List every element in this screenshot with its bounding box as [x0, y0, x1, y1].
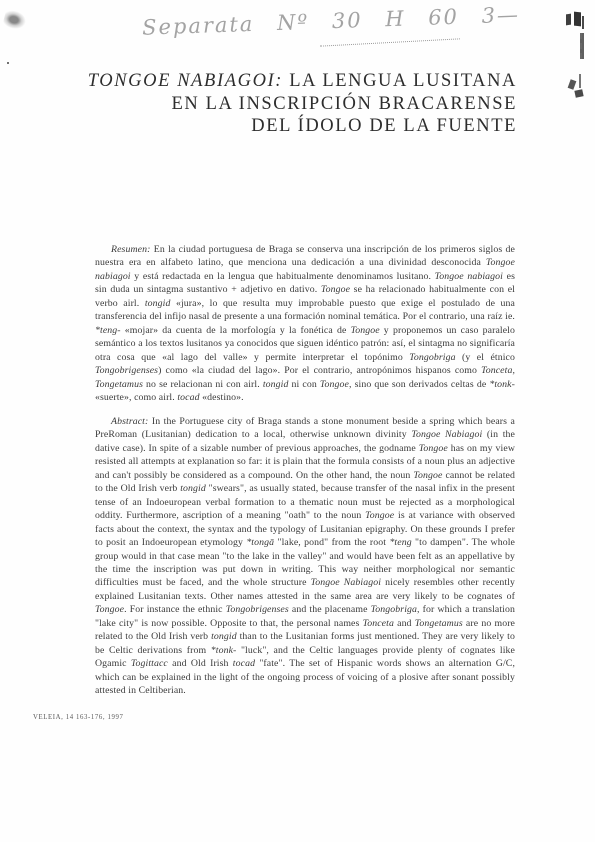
- scanned-paper-page: Separata Nº 30 H 60 3— TONGOE NABIAGOI: …: [0, 0, 595, 842]
- resumen-paragraph: Resumen: En la ciudad portuguesa de Brag…: [95, 243, 515, 404]
- edge-mark: [582, 16, 584, 29]
- edge-mark: [568, 79, 577, 90]
- edge-mark: [574, 89, 583, 98]
- edge-mark: [574, 12, 581, 27]
- handwritten-underline: [320, 38, 460, 46]
- speck-artifact: [7, 62, 9, 64]
- title-line-1: TONGOE NABIAGOI: LA LENGUA LUSITANA: [70, 70, 517, 93]
- journal-footer-citation: VELEIA, 14 163-176, 1997: [33, 714, 123, 721]
- abstract-paragraph: Abstract: In the Portuguese city of Brag…: [95, 415, 515, 698]
- title-line-2: EN LA INSCRIPCIÓN BRACARENSE: [70, 93, 517, 116]
- ink-smudge: [2, 9, 28, 32]
- edge-mark: [579, 74, 581, 88]
- edge-mark: [580, 33, 584, 59]
- handwritten-annotation: Separata Nº 30 H 60 3—: [142, 4, 473, 40]
- title-line-3: DEL ÍDOLO DE LA FUENTE: [70, 115, 517, 138]
- article-title: TONGOE NABIAGOI: LA LENGUA LUSITANA EN L…: [70, 70, 517, 138]
- edge-mark: [566, 14, 571, 26]
